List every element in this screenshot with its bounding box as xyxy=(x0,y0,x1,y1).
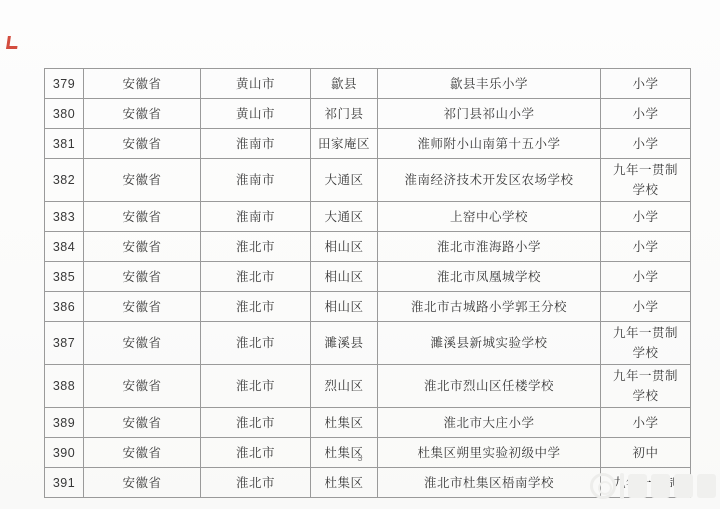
watermark-glyph xyxy=(697,474,716,498)
table-row: 386安徽省淮北市相山区淮北市古城路小学郭王分校小学 xyxy=(45,292,691,322)
cell-school-type: 小学 xyxy=(601,69,691,99)
cell-index: 379 xyxy=(45,69,84,99)
cell-index: 391 xyxy=(45,468,84,498)
cell-district: 祁门县 xyxy=(311,99,378,129)
cell-province: 安徽省 xyxy=(84,292,201,322)
cell-school-name: 淮南经济技术开发区农场学校 xyxy=(378,159,601,202)
table-row: 382安徽省淮南市大通区淮南经济技术开发区农场学校九年一贯制学校 xyxy=(45,159,691,202)
page-number: 3 xyxy=(0,453,720,463)
red-corner-mark-icon xyxy=(6,36,19,49)
school-table-body: 379安徽省黄山市歙县歙县丰乐小学小学380安徽省黄山市祁门县祁门县祁山小学小学… xyxy=(45,69,691,498)
document-page: 379安徽省黄山市歙县歙县丰乐小学小学380安徽省黄山市祁门县祁门县祁山小学小学… xyxy=(0,0,720,509)
cell-province: 安徽省 xyxy=(84,408,201,438)
cell-province: 安徽省 xyxy=(84,365,201,408)
cell-district: 大通区 xyxy=(311,202,378,232)
cell-province: 安徽省 xyxy=(84,262,201,292)
cell-city: 淮北市 xyxy=(201,292,311,322)
table-row: 381安徽省淮南市田家庵区淮师附小山南第十五小学小学 xyxy=(45,129,691,159)
watermark-glyph xyxy=(628,474,647,498)
cell-city: 淮北市 xyxy=(201,365,311,408)
cell-district: 大通区 xyxy=(311,159,378,202)
cell-index: 386 xyxy=(45,292,84,322)
cell-city: 淮北市 xyxy=(201,468,311,498)
cell-index: 381 xyxy=(45,129,84,159)
cell-district: 相山区 xyxy=(311,232,378,262)
cell-index: 382 xyxy=(45,159,84,202)
watermark-glyph xyxy=(651,474,670,498)
cell-index: 389 xyxy=(45,408,84,438)
cell-city: 淮北市 xyxy=(201,262,311,292)
cell-school-name: 淮北市淮海路小学 xyxy=(378,232,601,262)
cell-school-type: 九年一贯制学校 xyxy=(601,159,691,202)
cell-index: 380 xyxy=(45,99,84,129)
table-row: 388安徽省淮北市烈山区淮北市烈山区任楼学校九年一贯制学校 xyxy=(45,365,691,408)
cell-school-name: 淮北市杜集区梧南学校 xyxy=(378,468,601,498)
cell-province: 安徽省 xyxy=(84,129,201,159)
cell-city: 淮南市 xyxy=(201,129,311,159)
table-row: 380安徽省黄山市祁门县祁门县祁山小学小学 xyxy=(45,99,691,129)
cell-school-name: 淮北市大庄小学 xyxy=(378,408,601,438)
cell-school-type: 小学 xyxy=(601,292,691,322)
cell-index: 388 xyxy=(45,365,84,408)
cell-city: 淮南市 xyxy=(201,159,311,202)
cell-school-name: 濉溪县新城实验学校 xyxy=(378,322,601,365)
cell-province: 安徽省 xyxy=(84,202,201,232)
cell-school-type: 小学 xyxy=(601,129,691,159)
cell-city: 淮南市 xyxy=(201,202,311,232)
cell-province: 安徽省 xyxy=(84,322,201,365)
cell-district: 田家庵区 xyxy=(311,129,378,159)
circular-gear-logo-icon xyxy=(590,473,616,499)
cell-district: 相山区 xyxy=(311,262,378,292)
watermark-glyph xyxy=(674,474,693,498)
school-list-table: 379安徽省黄山市歙县歙县丰乐小学小学380安徽省黄山市祁门县祁门县祁山小学小学… xyxy=(44,68,691,498)
cell-school-name: 歙县丰乐小学 xyxy=(378,69,601,99)
watermark xyxy=(590,467,716,505)
cell-school-name: 淮北市古城路小学郭王分校 xyxy=(378,292,601,322)
table-row: 379安徽省黄山市歙县歙县丰乐小学小学 xyxy=(45,69,691,99)
watermark-bar xyxy=(620,473,624,499)
cell-district: 杜集区 xyxy=(311,468,378,498)
cell-district: 濉溪县 xyxy=(311,322,378,365)
cell-city: 黄山市 xyxy=(201,99,311,129)
cell-school-name: 上窑中心学校 xyxy=(378,202,601,232)
table-row: 383安徽省淮南市大通区上窑中心学校小学 xyxy=(45,202,691,232)
cell-school-type: 九年一贯制学校 xyxy=(601,365,691,408)
cell-school-type: 小学 xyxy=(601,99,691,129)
cell-index: 384 xyxy=(45,232,84,262)
cell-city: 黄山市 xyxy=(201,69,311,99)
cell-province: 安徽省 xyxy=(84,468,201,498)
cell-school-name: 淮北市烈山区任楼学校 xyxy=(378,365,601,408)
table-row: 387安徽省淮北市濉溪县濉溪县新城实验学校九年一贯制学校 xyxy=(45,322,691,365)
table-row: 389安徽省淮北市杜集区淮北市大庄小学小学 xyxy=(45,408,691,438)
cell-district: 歙县 xyxy=(311,69,378,99)
cell-city: 淮北市 xyxy=(201,322,311,365)
cell-district: 相山区 xyxy=(311,292,378,322)
cell-province: 安徽省 xyxy=(84,232,201,262)
table-row: 385安徽省淮北市相山区淮北市凤凰城学校小学 xyxy=(45,262,691,292)
cell-index: 383 xyxy=(45,202,84,232)
cell-district: 杜集区 xyxy=(311,408,378,438)
cell-province: 安徽省 xyxy=(84,159,201,202)
cell-city: 淮北市 xyxy=(201,408,311,438)
cell-school-type: 九年一贯制学校 xyxy=(601,322,691,365)
table-row: 384安徽省淮北市相山区淮北市淮海路小学小学 xyxy=(45,232,691,262)
cell-school-name: 祁门县祁山小学 xyxy=(378,99,601,129)
cell-school-type: 小学 xyxy=(601,232,691,262)
cell-province: 安徽省 xyxy=(84,99,201,129)
cell-index: 387 xyxy=(45,322,84,365)
cell-school-name: 淮北市凤凰城学校 xyxy=(378,262,601,292)
cell-school-type: 小学 xyxy=(601,262,691,292)
cell-school-type: 小学 xyxy=(601,202,691,232)
cell-school-name: 淮师附小山南第十五小学 xyxy=(378,129,601,159)
cell-school-type: 小学 xyxy=(601,408,691,438)
cell-province: 安徽省 xyxy=(84,69,201,99)
cell-city: 淮北市 xyxy=(201,232,311,262)
cell-district: 烈山区 xyxy=(311,365,378,408)
cell-index: 385 xyxy=(45,262,84,292)
